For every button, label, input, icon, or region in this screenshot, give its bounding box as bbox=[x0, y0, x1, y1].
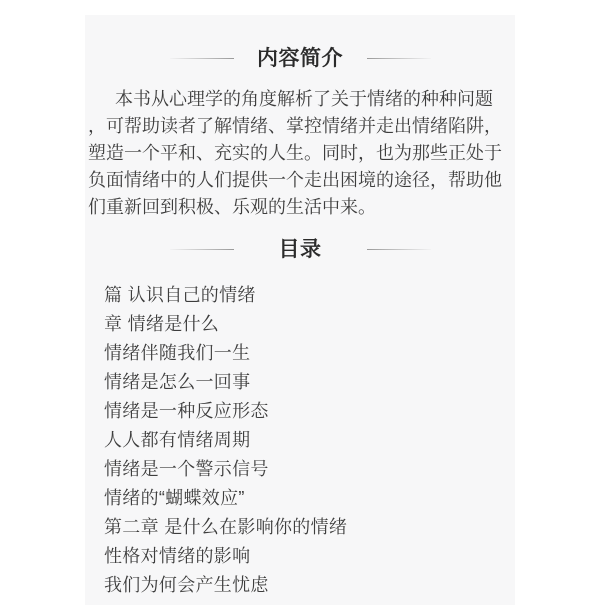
decorative-line-left bbox=[170, 58, 234, 59]
toc-item: 情绪的“蝴蝶效应” bbox=[104, 484, 515, 513]
intro-paragraph-line: 们重新回到积极、乐观的生活中来。 bbox=[88, 194, 515, 221]
intro-title-box: 内容简介 bbox=[234, 44, 367, 73]
decorative-line-right bbox=[367, 249, 431, 250]
decorative-line-left bbox=[170, 249, 234, 250]
toc-item: 性格对情绪的影响 bbox=[104, 542, 515, 571]
toc-item: 情绪伴随我们一生 bbox=[104, 339, 515, 368]
intro-paragraph-line: ，可帮助读者了解情绪、掌控情绪并走出情绪陷阱， bbox=[88, 113, 515, 140]
intro-section-title: 内容简介 bbox=[257, 47, 343, 70]
toc-item: 情绪是一种反应形态 bbox=[104, 397, 515, 426]
toc-item: 章 情绪是什么 bbox=[104, 310, 515, 339]
toc-item: 我们为何会产生忧虑 bbox=[104, 571, 515, 600]
toc-list: 篇 认识自己的情绪 章 情绪是什么 情绪伴随我们一生 情绪是怎么一回事 情绪是一… bbox=[85, 281, 515, 600]
toc-section-title: 目录 bbox=[279, 238, 322, 261]
intro-section-header: 内容简介 bbox=[85, 44, 515, 73]
intro-paragraph-line: 本书从心理学的角度解析了关于情绪的种种问题 bbox=[88, 86, 515, 113]
decorative-line-right bbox=[367, 58, 431, 59]
toc-item: 篇 认识自己的情绪 bbox=[104, 281, 515, 310]
page: 内容简介 本书从心理学的角度解析了关于情绪的种种问题 ，可帮助读者了解情绪、掌控… bbox=[0, 0, 605, 605]
toc-item: 情绪是一个警示信号 bbox=[104, 455, 515, 484]
toc-item: 人人都有情绪周期 bbox=[104, 426, 515, 455]
toc-section-header: 目录 bbox=[85, 235, 515, 264]
intro-paragraph-line: 负面情绪中的人们提供一个走出困境的途径，帮助他 bbox=[88, 167, 515, 194]
toc-title-box: 目录 bbox=[234, 235, 367, 264]
toc-item: 第二章 是什么在影响你的情绪 bbox=[104, 513, 515, 542]
book-detail-panel: 内容简介 本书从心理学的角度解析了关于情绪的种种问题 ，可帮助读者了解情绪、掌控… bbox=[85, 15, 515, 605]
intro-paragraph-line: 塑造一个平和、充实的人生。同时，也为那些正处于 bbox=[88, 140, 515, 167]
intro-paragraph: 本书从心理学的角度解析了关于情绪的种种问题 ，可帮助读者了解情绪、掌控情绪并走出… bbox=[85, 86, 515, 221]
toc-item: 情绪是怎么一回事 bbox=[104, 368, 515, 397]
